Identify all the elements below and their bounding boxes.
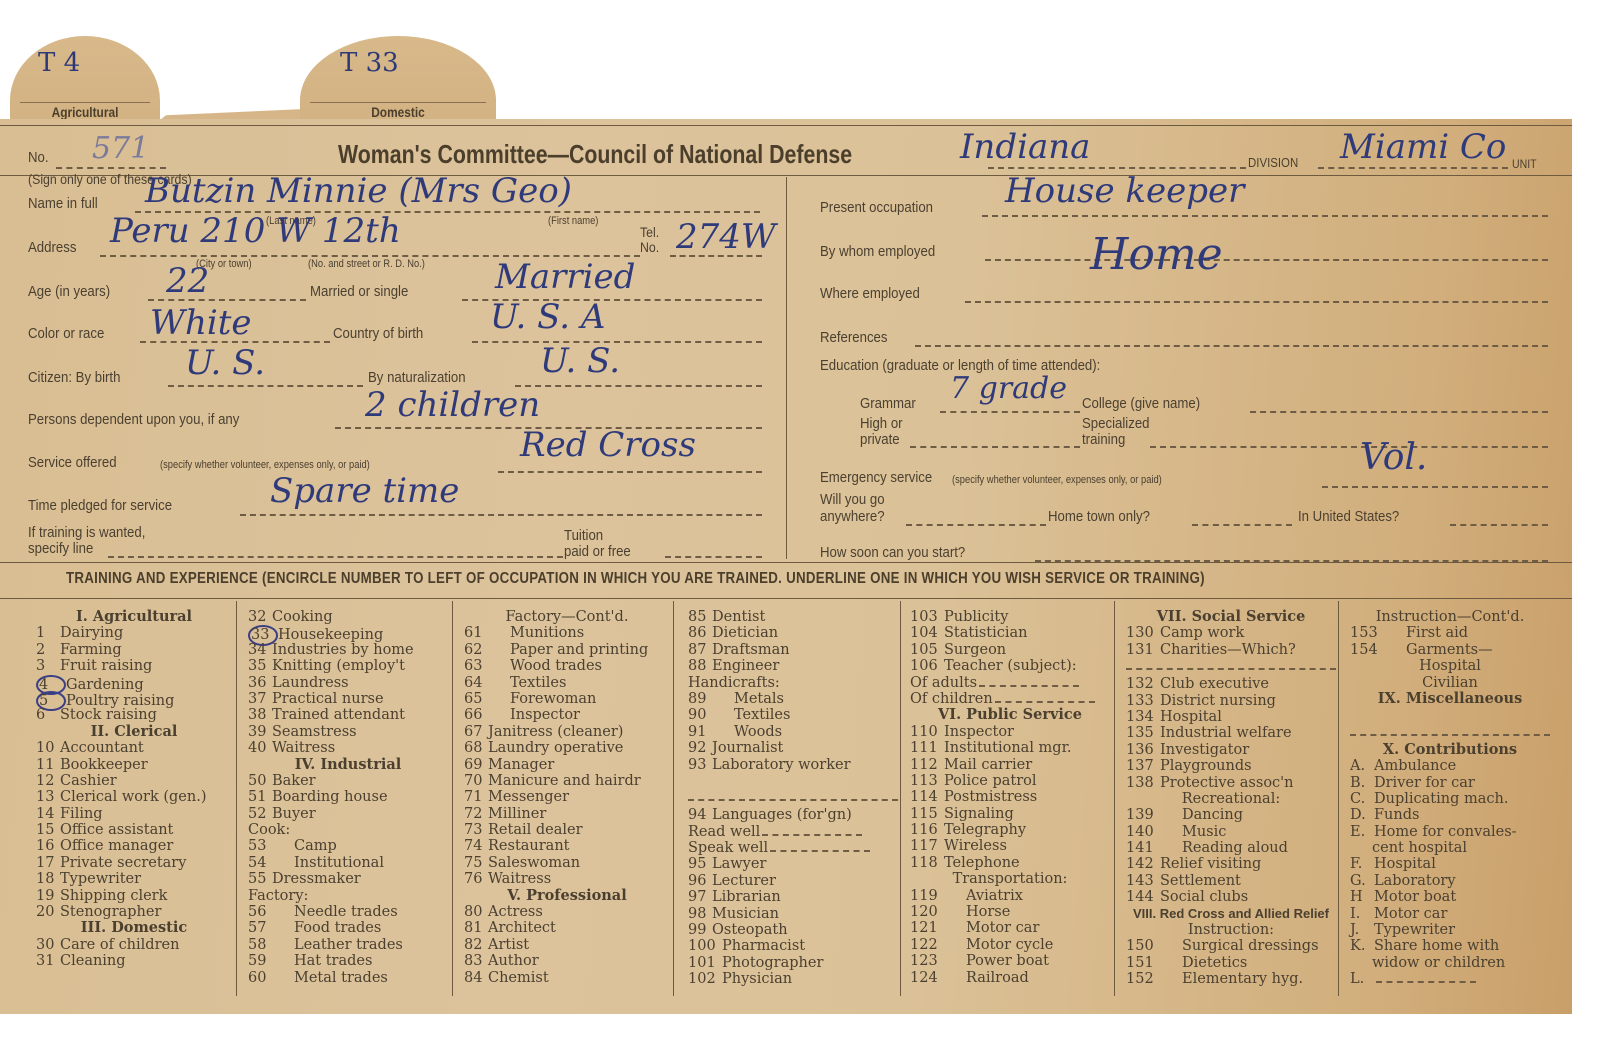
occupation-item[interactable]: Cook: xyxy=(248,822,448,838)
item-number[interactable]: 120 xyxy=(910,904,944,920)
item-number[interactable]: 80 xyxy=(464,904,488,920)
item-number[interactable]: 18 xyxy=(36,871,60,887)
tel-value[interactable]: 274W xyxy=(676,217,776,257)
item-number[interactable]: 11 xyxy=(36,757,60,773)
occupation-item[interactable]: 113Police patrol xyxy=(910,773,1110,789)
occupation-item[interactable]: B.Driver for car xyxy=(1350,775,1550,791)
item-number[interactable]: 72 xyxy=(464,806,488,822)
item-number[interactable]: 87 xyxy=(688,642,712,658)
occupation-item[interactable]: 74Restaurant xyxy=(464,838,670,854)
item-number[interactable]: 144 xyxy=(1126,889,1160,905)
occupation-item[interactable]: 33Housekeeping xyxy=(248,625,448,641)
occupation-item[interactable]: 94Languages (for'gn) xyxy=(688,807,898,823)
occupation-item[interactable]: 122Motor cycle xyxy=(910,937,1110,953)
item-number[interactable]: 58 xyxy=(248,937,272,953)
item-number[interactable]: 94 xyxy=(688,807,712,823)
item-number[interactable]: 66 xyxy=(464,707,488,723)
occupation-item[interactable]: 57Food trades xyxy=(248,920,448,936)
occupation-item[interactable]: 91Woods xyxy=(688,724,898,740)
occupation-item[interactable]: 32Cooking xyxy=(248,609,448,625)
occupation-item[interactable]: Of children xyxy=(910,691,1110,707)
occupation-item[interactable]: widow or children xyxy=(1350,955,1550,971)
item-label: Saleswoman xyxy=(488,855,580,871)
item-number[interactable]: 138 xyxy=(1126,775,1160,791)
item-number[interactable]: 62 xyxy=(464,642,488,658)
occupation-item[interactable]: 80Actress xyxy=(464,904,670,920)
occupation-item[interactable]: 82Artist xyxy=(464,937,670,953)
occupation-item[interactable]: 54Institutional xyxy=(248,855,448,871)
occupation-item[interactable]: 52Buyer xyxy=(248,806,448,822)
item-number[interactable]: 103 xyxy=(910,609,944,625)
occupation-item[interactable]: 1Dairying xyxy=(36,625,232,641)
item-number[interactable]: 153 xyxy=(1350,625,1384,641)
item-number[interactable]: A. xyxy=(1350,758,1374,774)
item-number[interactable]: 52 xyxy=(248,806,272,822)
item-number[interactable]: 92 xyxy=(688,740,712,756)
occupation-item[interactable]: 103Publicity xyxy=(910,609,1110,625)
occupation-item[interactable]: 39Seamstress xyxy=(248,724,448,740)
item-number[interactable]: 150 xyxy=(1126,938,1160,954)
item-number[interactable]: 152 xyxy=(1126,971,1160,987)
occupation-item[interactable]: 70Manicure and hairdr xyxy=(464,773,670,789)
item-number[interactable]: 56 xyxy=(248,904,272,920)
write-in-line[interactable] xyxy=(1350,724,1550,736)
occupation-item[interactable]: 4Gardening xyxy=(36,675,232,691)
occupation-item[interactable]: 112Mail carrier xyxy=(910,757,1110,773)
occupation-item[interactable]: 38Trained attendant xyxy=(248,707,448,723)
item-number[interactable]: 141 xyxy=(1126,840,1160,856)
item-number[interactable]: 16 xyxy=(36,838,60,854)
occupation-item[interactable]: Of adults xyxy=(910,675,1110,691)
item-number[interactable]: 139 xyxy=(1126,807,1160,823)
occupation-item[interactable]: 124Railroad xyxy=(910,970,1110,986)
occupation-item[interactable]: 137Playgrounds xyxy=(1126,758,1336,774)
occupation-item[interactable]: 89Metals xyxy=(688,691,898,707)
write-in-field[interactable] xyxy=(1376,981,1476,983)
write-in-field[interactable] xyxy=(762,834,862,836)
item-number[interactable]: 67 xyxy=(464,724,488,740)
occupation-item[interactable]: 143Settlement xyxy=(1126,873,1336,889)
college-field-line xyxy=(1250,411,1548,413)
item-number[interactable]: G. xyxy=(1350,873,1374,889)
occupation-item[interactable]: 69Manager xyxy=(464,757,670,773)
occupation-item[interactable]: 40Waitress xyxy=(248,740,448,756)
occupation-item[interactable]: 90Textiles xyxy=(688,707,898,723)
item-number[interactable]: 143 xyxy=(1126,873,1160,889)
item-number[interactable]: 14 xyxy=(36,806,60,822)
occupation-item[interactable]: 51Boarding house xyxy=(248,789,448,805)
occupation-item[interactable]: 114Postmistress xyxy=(910,789,1110,805)
employer-value[interactable]: Home xyxy=(1090,229,1223,280)
service-value[interactable]: Red Cross xyxy=(520,425,696,465)
item-number[interactable]: 3 xyxy=(36,658,60,674)
item-number[interactable]: 133 xyxy=(1126,693,1160,709)
state-value[interactable]: Indiana xyxy=(960,127,1090,167)
training-column-7: Instruction—Cont'd.153First aid154Garmen… xyxy=(1350,609,1550,988)
occupation-item[interactable]: 5Poultry raising xyxy=(36,691,232,707)
item-number[interactable]: 38 xyxy=(248,707,272,723)
occupation-item[interactable]: 73Retail dealer xyxy=(464,822,670,838)
occupation-item[interactable]: 66Inspector xyxy=(464,707,670,723)
item-number[interactable]: 64 xyxy=(464,675,488,691)
item-number[interactable]: 68 xyxy=(464,740,488,756)
tab-agricultural[interactable]: T 4 Agricultural xyxy=(10,36,160,128)
occupation-item[interactable]: 96Lecturer xyxy=(688,873,898,889)
occupation-item[interactable]: 56Needle trades xyxy=(248,904,448,920)
item-number[interactable]: 34 xyxy=(248,642,272,658)
item-number[interactable]: 100 xyxy=(688,938,722,954)
occupation-item[interactable]: 34Industries by home xyxy=(248,642,448,658)
occupation-item[interactable]: 116Telegraphy xyxy=(910,822,1110,838)
occupation-item[interactable]: 135Industrial welfare xyxy=(1126,725,1336,741)
occupation-item[interactable]: 30Care of children xyxy=(36,937,232,953)
item-number[interactable]: 31 xyxy=(36,953,60,969)
occupation-item[interactable]: 72Milliner xyxy=(464,806,670,822)
item-number[interactable]: 10 xyxy=(36,740,60,756)
occupation-item[interactable]: 53Camp xyxy=(248,838,448,854)
occupation-item[interactable]: 20Stenographer xyxy=(36,904,232,920)
item-number[interactable]: 71 xyxy=(464,789,488,805)
item-number[interactable]: 30 xyxy=(36,937,60,953)
occupation-item[interactable]: 150Surgical dressings xyxy=(1126,938,1336,954)
occupation-item[interactable]: 83Author xyxy=(464,953,670,969)
item-number[interactable]: 50 xyxy=(248,773,272,789)
item-number[interactable]: 2 xyxy=(36,642,60,658)
item-number[interactable]: 70 xyxy=(464,773,488,789)
emergency-value[interactable]: Vol. xyxy=(1360,437,1427,478)
name-value[interactable]: Butzin Minnie (Mrs Geo) xyxy=(145,171,572,211)
occupation-item[interactable]: D.Funds xyxy=(1350,807,1550,823)
item-number[interactable]: 118 xyxy=(910,855,944,871)
item-number[interactable]: 116 xyxy=(910,822,944,838)
country-value[interactable]: U. S. A xyxy=(490,297,605,337)
item-number[interactable]: 37 xyxy=(248,691,272,707)
occupation-item[interactable]: 110Inspector xyxy=(910,724,1110,740)
occupation-item[interactable]: K.Share home with xyxy=(1350,938,1550,954)
item-number[interactable]: L. xyxy=(1350,971,1374,987)
item-number[interactable]: 1 xyxy=(36,625,60,641)
item-number[interactable]: 63 xyxy=(464,658,488,674)
item-number[interactable]: 101 xyxy=(688,955,722,971)
write-in-field[interactable] xyxy=(995,701,1095,703)
occupation-item[interactable]: 68Laundry operative xyxy=(464,740,670,756)
occupation-item[interactable]: cent hospital xyxy=(1350,840,1550,856)
item-label: Manager xyxy=(488,757,554,773)
item-number[interactable]: 90 xyxy=(688,707,712,723)
occupation-item[interactable]: 101Photographer xyxy=(688,955,898,971)
occupation-item[interactable]: 123Power boat xyxy=(910,953,1110,969)
citizen-birth-value[interactable]: U. S. xyxy=(185,343,265,383)
tuition-field-line xyxy=(665,556,762,558)
item-number[interactable]: 32 xyxy=(248,609,272,625)
item-number[interactable]: E. xyxy=(1350,824,1374,840)
occupation-item[interactable]: 76Waitress xyxy=(464,871,670,887)
item-number[interactable]: I. xyxy=(1350,906,1374,922)
address-value[interactable]: Peru 210 W 12th xyxy=(110,211,401,251)
item-number[interactable]: 17 xyxy=(36,855,60,871)
occupation-item[interactable]: 81Architect xyxy=(464,920,670,936)
occupation-item[interactable]: 58Leather trades xyxy=(248,937,448,953)
item-number[interactable]: 115 xyxy=(910,806,944,822)
item-number[interactable]: 75 xyxy=(464,855,488,871)
item-number[interactable]: 13 xyxy=(36,789,60,805)
item-number[interactable]: 57 xyxy=(248,920,272,936)
occupation-item[interactable]: 132Club executive xyxy=(1126,676,1336,692)
item-number[interactable]: 6 xyxy=(36,707,60,723)
occupation-item[interactable]: 87Draftsman xyxy=(688,642,898,658)
item-number[interactable]: 15 xyxy=(36,822,60,838)
item-number[interactable]: 73 xyxy=(464,822,488,838)
occupation-item[interactable]: 50Baker xyxy=(248,773,448,789)
occupation-item[interactable]: 64Textiles xyxy=(464,675,670,691)
occupation-item[interactable]: 134Hospital xyxy=(1126,709,1336,725)
occupation-item[interactable]: 92Journalist xyxy=(688,740,898,756)
item-number[interactable]: 112 xyxy=(910,757,944,773)
item-number[interactable]: 140 xyxy=(1126,824,1160,840)
occupation-item[interactable]: G.Laboratory xyxy=(1350,873,1550,889)
occupation-item[interactable]: 67Janitress (cleaner) xyxy=(464,724,670,740)
occupation-item[interactable]: 97Librarian xyxy=(688,889,898,905)
occupation-item[interactable]: 16Office manager xyxy=(36,838,232,854)
item-number[interactable]: 35 xyxy=(248,658,272,674)
occupation-item[interactable]: 88Engineer xyxy=(688,658,898,674)
occupation-item[interactable]: 55Dressmaker xyxy=(248,871,448,887)
occupation-item[interactable]: 142Relief visiting xyxy=(1126,856,1336,872)
occupation-item[interactable]: 121Motor car xyxy=(910,920,1110,936)
occupation-item[interactable]: 138Protective assoc'n xyxy=(1126,775,1336,791)
item-number[interactable]: 54 xyxy=(248,855,272,871)
occupation-item[interactable]: HMotor boat xyxy=(1350,889,1550,905)
item-number[interactable]: 104 xyxy=(910,625,944,641)
occupation-item[interactable]: 93Laboratory worker xyxy=(688,757,898,773)
occupation-item[interactable]: 2Farming xyxy=(36,642,232,658)
occupation-item[interactable]: 104Statistician xyxy=(910,625,1110,641)
item-number[interactable]: 95 xyxy=(688,856,712,872)
no-value[interactable]: 571 xyxy=(92,131,149,166)
occupation-item[interactable]: 31Cleaning xyxy=(36,953,232,969)
occupation-item[interactable]: 141Reading aloud xyxy=(1126,840,1336,856)
item-number[interactable]: 83 xyxy=(464,953,488,969)
occupation-item[interactable]: E.Home for convales- xyxy=(1350,824,1550,840)
item-number[interactable]: 151 xyxy=(1126,955,1160,971)
occupation-item[interactable]: 35Knitting (employ't xyxy=(248,658,448,674)
item-number[interactable]: B. xyxy=(1350,775,1374,791)
item-number[interactable]: 142 xyxy=(1126,856,1160,872)
item-number[interactable]: 81 xyxy=(464,920,488,936)
occupation-item[interactable]: 12Cashier xyxy=(36,773,232,789)
item-number[interactable]: 88 xyxy=(688,658,712,674)
occupation-item[interactable]: L. xyxy=(1350,971,1550,987)
write-in-line[interactable] xyxy=(688,789,898,801)
item-number[interactable]: 85 xyxy=(688,609,712,625)
dependents-value[interactable]: 2 children xyxy=(365,385,540,425)
occupation-item[interactable]: 130Camp work xyxy=(1126,625,1336,641)
occupation-item[interactable]: 59Hat trades xyxy=(248,953,448,969)
occupation-item[interactable]: 63Wood trades xyxy=(464,658,670,674)
item-number[interactable]: 76 xyxy=(464,871,488,887)
occupation-item[interactable]: 36Laundress xyxy=(248,675,448,691)
occupation-item[interactable]: 86Dietician xyxy=(688,625,898,641)
item-number[interactable]: 74 xyxy=(464,838,488,854)
item-number[interactable]: 106 xyxy=(910,658,944,674)
occupation-item[interactable]: F.Hospital xyxy=(1350,856,1550,872)
item-number[interactable]: 59 xyxy=(248,953,272,969)
occupation-item[interactable]: 119Aviatrix xyxy=(910,888,1110,904)
item-number[interactable]: 65 xyxy=(464,691,488,707)
item-number[interactable]: 55 xyxy=(248,871,272,887)
occupation-item[interactable]: 14Filing xyxy=(36,806,232,822)
occupation-item[interactable]: 15Office assistant xyxy=(36,822,232,838)
occupation-item[interactable]: Read well xyxy=(688,824,898,840)
item-label: Filing xyxy=(60,806,103,822)
occupation-item[interactable]: 18Typewriter xyxy=(36,871,232,887)
occupation-item[interactable]: 111Institutional mgr. xyxy=(910,740,1110,756)
occupation-item[interactable]: 71Messenger xyxy=(464,789,670,805)
occupation-item[interactable]: 19Shipping clerk xyxy=(36,888,232,904)
item-number[interactable]: 154 xyxy=(1350,642,1384,658)
item-number[interactable]: 102 xyxy=(688,971,722,987)
write-in-field[interactable] xyxy=(979,685,1079,687)
occupation-item[interactable]: 139Dancing xyxy=(1126,807,1336,823)
item-number[interactable]: 82 xyxy=(464,937,488,953)
item-number[interactable]: 121 xyxy=(910,920,944,936)
item-number[interactable]: 136 xyxy=(1126,742,1160,758)
occupation-item[interactable]: 118Telephone xyxy=(910,855,1110,871)
item-number[interactable]: 110 xyxy=(910,724,944,740)
item-number[interactable]: 40 xyxy=(248,740,272,756)
occupation-item[interactable]: 144Social clubs xyxy=(1126,889,1336,905)
occupation-value[interactable]: House keeper xyxy=(1005,171,1244,211)
write-in-field[interactable] xyxy=(770,850,870,852)
occupation-item[interactable]: A.Ambulance xyxy=(1350,758,1550,774)
item-number[interactable]: 130 xyxy=(1126,625,1160,641)
item-number[interactable]: H xyxy=(1350,889,1374,905)
married-value[interactable]: Married xyxy=(495,257,635,297)
item-number[interactable]: C. xyxy=(1350,791,1374,807)
item-number[interactable]: 132 xyxy=(1126,676,1160,692)
occupation-item[interactable]: 3Fruit raising xyxy=(36,658,232,674)
occupation-item[interactable]: 105Surgeon xyxy=(910,642,1110,658)
item-number[interactable]: 36 xyxy=(248,675,272,691)
occupation-item[interactable]: 151Dietetics xyxy=(1126,955,1336,971)
item-number[interactable]: 19 xyxy=(36,888,60,904)
item-number[interactable]: 114 xyxy=(910,789,944,805)
item-number[interactable]: 69 xyxy=(464,757,488,773)
occupation-item[interactable]: 13Clerical work (gen.) xyxy=(36,789,232,805)
item-number[interactable]: F. xyxy=(1350,856,1374,872)
item-number[interactable]: 98 xyxy=(688,906,712,922)
item-number[interactable]: 123 xyxy=(910,953,944,969)
occupation-item[interactable]: 120Horse xyxy=(910,904,1110,920)
occupation-item[interactable]: 106Teacher (subject): xyxy=(910,658,1110,674)
occupation-item[interactable]: 115Signaling xyxy=(910,806,1110,822)
color-value[interactable]: White xyxy=(150,303,252,343)
item-number[interactable]: 97 xyxy=(688,889,712,905)
occupation-item[interactable]: 84Chemist xyxy=(464,970,670,986)
write-in-line[interactable] xyxy=(1126,658,1336,670)
item-number[interactable]: 39 xyxy=(248,724,272,740)
item-number[interactable]: 131 xyxy=(1126,642,1160,658)
occupation-item[interactable]: 140Music xyxy=(1126,824,1336,840)
occupation-item[interactable]: 17Private secretary xyxy=(36,855,232,871)
item-number[interactable]: K. xyxy=(1350,938,1374,954)
item-number[interactable]: 89 xyxy=(688,691,712,707)
occupation-item[interactable]: J.Typewriter xyxy=(1350,922,1550,938)
occupation-item[interactable]: Factory: xyxy=(248,888,448,904)
item-number[interactable]: 122 xyxy=(910,937,944,953)
item-number[interactable]: 86 xyxy=(688,625,712,641)
item-number[interactable]: 99 xyxy=(688,922,712,938)
division-value[interactable]: Miami Co xyxy=(1340,127,1506,167)
item-number[interactable]: 113 xyxy=(910,773,944,789)
occupation-item[interactable]: 10Accountant xyxy=(36,740,232,756)
item-number[interactable]: 105 xyxy=(910,642,944,658)
item-number[interactable]: 134 xyxy=(1126,709,1160,725)
occupation-item[interactable]: 99Osteopath xyxy=(688,922,898,938)
item-number[interactable]: 60 xyxy=(248,970,272,986)
item-number[interactable]: 119 xyxy=(910,888,944,904)
occupation-item[interactable]: 6Stock raising xyxy=(36,707,232,723)
item-number[interactable]: 117 xyxy=(910,838,944,854)
item-number[interactable]: 51 xyxy=(248,789,272,805)
employer-field-line xyxy=(985,259,1548,261)
item-number[interactable]: 84 xyxy=(464,970,488,986)
occupation-item[interactable]: Handicrafts: xyxy=(688,675,898,691)
item-number[interactable]: 53 xyxy=(248,838,272,854)
occupation-item[interactable]: 98Musician xyxy=(688,906,898,922)
item-number[interactable]: 135 xyxy=(1126,725,1160,741)
occupation-item[interactable]: Speak well xyxy=(688,840,898,856)
occupation-item[interactable]: 136Investigator xyxy=(1126,742,1336,758)
occupation-item[interactable]: 117Wireless xyxy=(910,838,1110,854)
occupation-item[interactable]: 37Practical nurse xyxy=(248,691,448,707)
occupation-item[interactable]: 95Lawyer xyxy=(688,856,898,872)
naturalization-value[interactable]: U. S. xyxy=(540,341,620,381)
time-value[interactable]: Spare time xyxy=(270,471,459,511)
occupation-item[interactable]: 75Saleswoman xyxy=(464,855,670,871)
item-number[interactable]: 137 xyxy=(1126,758,1160,774)
occupation-item[interactable]: 133District nursing xyxy=(1126,693,1336,709)
item-number[interactable]: 61 xyxy=(464,625,488,641)
occupation-item[interactable]: C.Duplicating mach. xyxy=(1350,791,1550,807)
item-number[interactable]: 93 xyxy=(688,757,712,773)
occupation-item[interactable]: 62Paper and printing xyxy=(464,642,670,658)
occupation-item[interactable]: 131Charities—Which? xyxy=(1126,642,1336,658)
item-number[interactable]: 91 xyxy=(688,724,712,740)
occupation-item[interactable]: 60Metal trades xyxy=(248,970,448,986)
occupation-item[interactable]: 11Bookkeeper xyxy=(36,757,232,773)
grammar-value[interactable]: 7 grade xyxy=(950,371,1067,406)
occupation-item[interactable]: 154Garments— xyxy=(1350,642,1550,658)
item-number[interactable]: 20 xyxy=(36,904,60,920)
occupation-item[interactable]: I.Motor car xyxy=(1350,906,1550,922)
item-number[interactable]: 111 xyxy=(910,740,944,756)
item-number[interactable]: 96 xyxy=(688,873,712,889)
occupation-item[interactable]: 65Forewoman xyxy=(464,691,670,707)
item-number[interactable]: 124 xyxy=(910,970,944,986)
occupation-item[interactable]: 100Pharmacist xyxy=(688,938,898,954)
occupation-item[interactable]: 61Munitions xyxy=(464,625,670,641)
occupation-item[interactable]: 102Physician xyxy=(688,971,898,987)
item-number[interactable]: 12 xyxy=(36,773,60,789)
item-number[interactable]: D. xyxy=(1350,807,1374,823)
occupation-item[interactable]: 152Elementary hyg. xyxy=(1126,971,1336,987)
occupation-item[interactable]: 85Dentist xyxy=(688,609,898,625)
item-number[interactable]: J. xyxy=(1350,922,1374,938)
tab-domestic[interactable]: T 33 Domestic xyxy=(300,36,496,128)
occupation-item[interactable]: 153First aid xyxy=(1350,625,1550,641)
age-value[interactable]: 22 xyxy=(166,261,209,301)
